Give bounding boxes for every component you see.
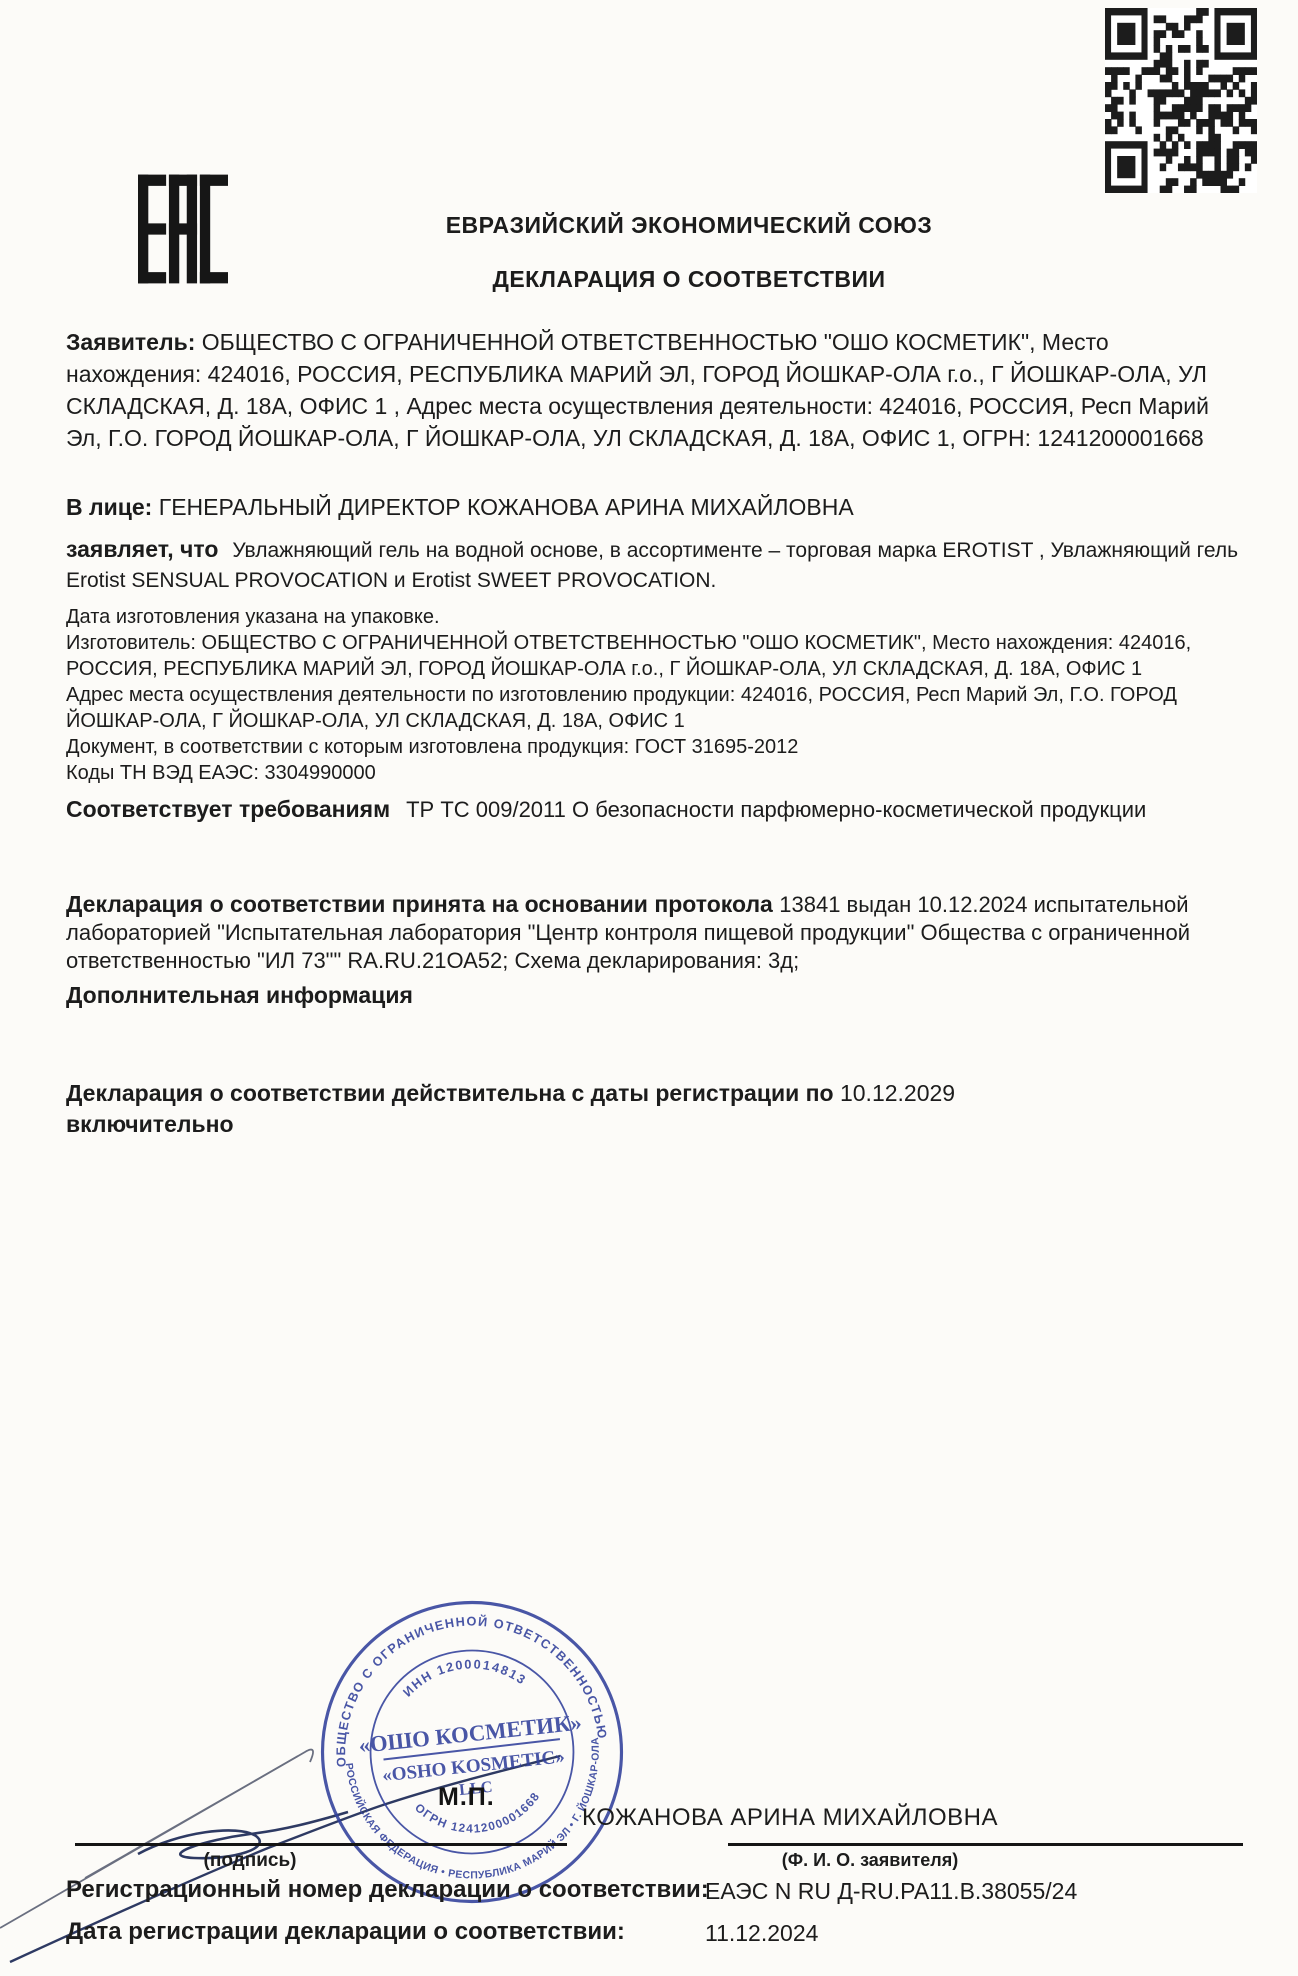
- name-caption: (Ф. И. О. заявителя): [720, 1850, 1020, 1871]
- document-title: ДЕКЛАРАЦИЯ О СООТВЕТСТВИИ: [80, 266, 1298, 293]
- declares-text: Увлажняющий гель на водной основе, в асс…: [66, 539, 1238, 592]
- validity-date: 10.12.2029: [840, 1080, 955, 1106]
- name-underline: [728, 1843, 1243, 1846]
- validity-paragraph: Декларация о соответствии действительна …: [66, 1078, 1244, 1140]
- compliance-label: Соответствует требованиям: [66, 796, 390, 822]
- registration-number-label: Регистрационный номер декларации о соотв…: [66, 1876, 709, 1904]
- declares-label: заявляет, что: [66, 536, 218, 562]
- principal-text: ГЕНЕРАЛЬНЫЙ ДИРЕКТОР КОЖАНОВА АРИНА МИХА…: [159, 494, 854, 520]
- production-standard: Документ, в соответствии с которым изгот…: [66, 734, 1244, 760]
- principal-paragraph: В лице:ГЕНЕРАЛЬНЫЙ ДИРЕКТОР КОЖАНОВА АРИ…: [66, 492, 1244, 522]
- validity-label-before: Декларация о соответствии действительна …: [66, 1080, 840, 1106]
- manufacturer-address: Адрес места осуществления деятельности п…: [66, 682, 1244, 734]
- product-info-block: Дата изготовления указана на упаковке. И…: [66, 604, 1244, 786]
- validity-label-after: включительно: [66, 1109, 1244, 1140]
- compliance-paragraph: Соответствует требованиямТР ТС 009/2011 …: [66, 794, 1244, 825]
- signature-underline: [75, 1843, 567, 1846]
- registration-date-label: Дата регистрации декларации о соответств…: [66, 1918, 625, 1946]
- registration-date-value: 11.12.2024: [705, 1920, 818, 1947]
- manufacturer-text: Изготовитель: ОБЩЕСТВО С ОГРАНИЧЕННОЙ ОТ…: [66, 630, 1244, 682]
- registration-number-value: ЕАЭС N RU Д-RU.РА11.В.38055/24: [705, 1878, 1077, 1905]
- principal-label: В лице:: [66, 494, 159, 520]
- company-stamp: ОБЩЕСТВО С ОГРАНИЧЕННОЙ ОТВЕТСТВЕННОСТЬЮ…: [318, 1598, 626, 1906]
- tnved-codes: Коды ТН ВЭД ЕАЭС: 3304990000: [66, 760, 1244, 786]
- applicant-label: Заявитель:: [66, 329, 202, 355]
- applicant-paragraph: Заявитель:ОБЩЕСТВО С ОГРАНИЧЕННОЙ ОТВЕТС…: [66, 326, 1244, 454]
- qr-code: [1105, 8, 1257, 193]
- basis-paragraph: Декларация о соответствии принята на осн…: [66, 890, 1244, 975]
- declaration-document: ЕВРАЗИЙСКИЙ ЭКОНОМИЧЕСКИЙ СОЮЗ ДЕКЛАРАЦИ…: [0, 0, 1298, 1976]
- mp-seal-place-mark: М.П.: [438, 1783, 495, 1812]
- compliance-text: ТР ТС 009/2011 О безопасности парфюмерно…: [406, 797, 1146, 822]
- additional-info-heading: Дополнительная информация: [66, 982, 1244, 1009]
- manufacture-date-note: Дата изготовления указана на упаковке.: [66, 604, 1244, 630]
- basis-label: Декларация о соответствии принята на осн…: [66, 891, 779, 917]
- applicant-text: ОБЩЕСТВО С ОГРАНИЧЕННОЙ ОТВЕТСТВЕННОСТЬЮ…: [66, 329, 1209, 451]
- applicant-full-name: КОЖАНОВА АРИНА МИХАЙЛОВНА: [582, 1804, 998, 1832]
- union-title: ЕВРАЗИЙСКИЙ ЭКОНОМИЧЕСКИЙ СОЮЗ: [80, 212, 1298, 239]
- declares-paragraph: заявляет, чтоУвлажняющий гель на водной …: [66, 534, 1244, 596]
- signature-caption: (подпись): [150, 1850, 350, 1872]
